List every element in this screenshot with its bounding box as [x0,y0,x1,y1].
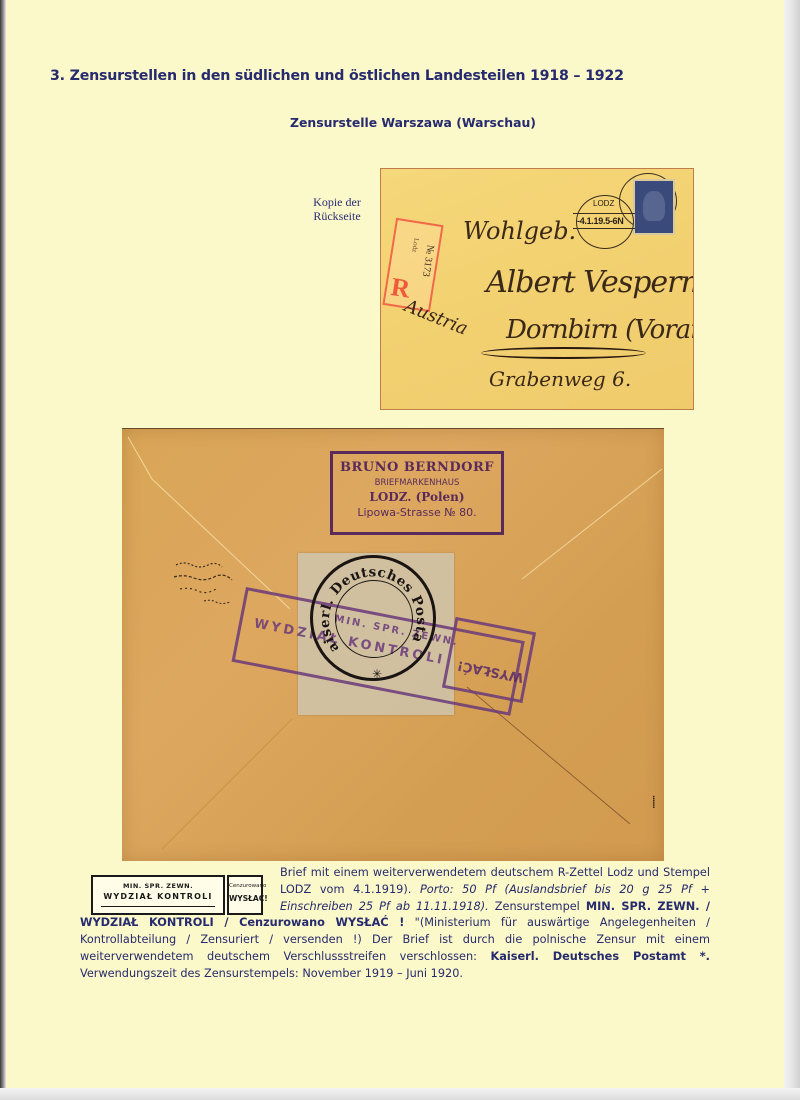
postmark-city: LODZ [593,199,614,208]
address-country: Austria [401,295,470,339]
back-cover-image: BRUNO BERNDORF BRIEFMARKENHAUS LODZ. (Po… [122,428,664,861]
sender-name: BRUNO BERNDORF [333,460,501,475]
page-subtitle: Zensurstelle Warszawa (Warschau) [290,115,536,130]
postage-stamp [633,179,675,235]
copy-note-line1: Kopie der [306,195,368,209]
censor-stamp-side-box: WYSŁAĆ! [442,617,536,703]
postal-seal-text: Kaiserl. Deutsches Postamt [310,555,436,681]
copy-note: Kopie der Rückseite [306,195,368,223]
pencil-markings [174,557,252,617]
svg-text:Kaiserl. Deutsches Postamt: Kaiserl. Deutsches Postamt [310,555,429,655]
address-line-4: Grabenweg 6. [489,367,631,391]
registration-city: Lodz [410,237,420,252]
postmark-date: -4.1.19.5-6N [577,216,623,226]
sender-business: BRIEFMARKENHAUS [333,478,501,488]
scan-bottom-edge [0,1088,800,1100]
copy-note-line2: Rückseite [306,209,368,223]
seal-star-icon: ✳ [372,667,382,681]
page-title: 3. Zensurstellen in den südlichen und ös… [50,68,624,84]
scan-right-edge [784,0,800,1100]
envelope-printer-imprint: ▪▪▪▪▪▪ [651,796,657,809]
desc-seal: Kaiserl. Deutsches Postamt *. [490,950,710,963]
description-text: Brief mit einem weiterverwendetem deutsc… [80,865,710,983]
address-line-1: Wohlgeb. [463,217,576,245]
desc-censor-intro: Zensurstempel [489,900,586,913]
address-line-2: Albert Vespermann [486,265,694,300]
underline-flourish [481,347,646,359]
sender-street: Lipowa-Strasse № 80. [333,506,501,519]
sender-city: LODZ. (Polen) [333,490,501,504]
registration-number: № 3173 [420,244,436,277]
desc-period: Verwendungszeit des Zensurstempels: Nove… [80,967,463,980]
text-wrap-spacer [80,865,280,915]
censor-side-text: WYSŁAĆ! [456,657,525,685]
front-cover-image: Lodz № 3173 R LODZ -4.1.19.5-6N Wohlgeb.… [380,168,694,410]
sender-stamp: BRUNO BERNDORF BRIEFMARKENHAUS LODZ. (Po… [330,451,504,535]
address-line-3: Dornbirn (Vorarlberg) [506,315,694,345]
